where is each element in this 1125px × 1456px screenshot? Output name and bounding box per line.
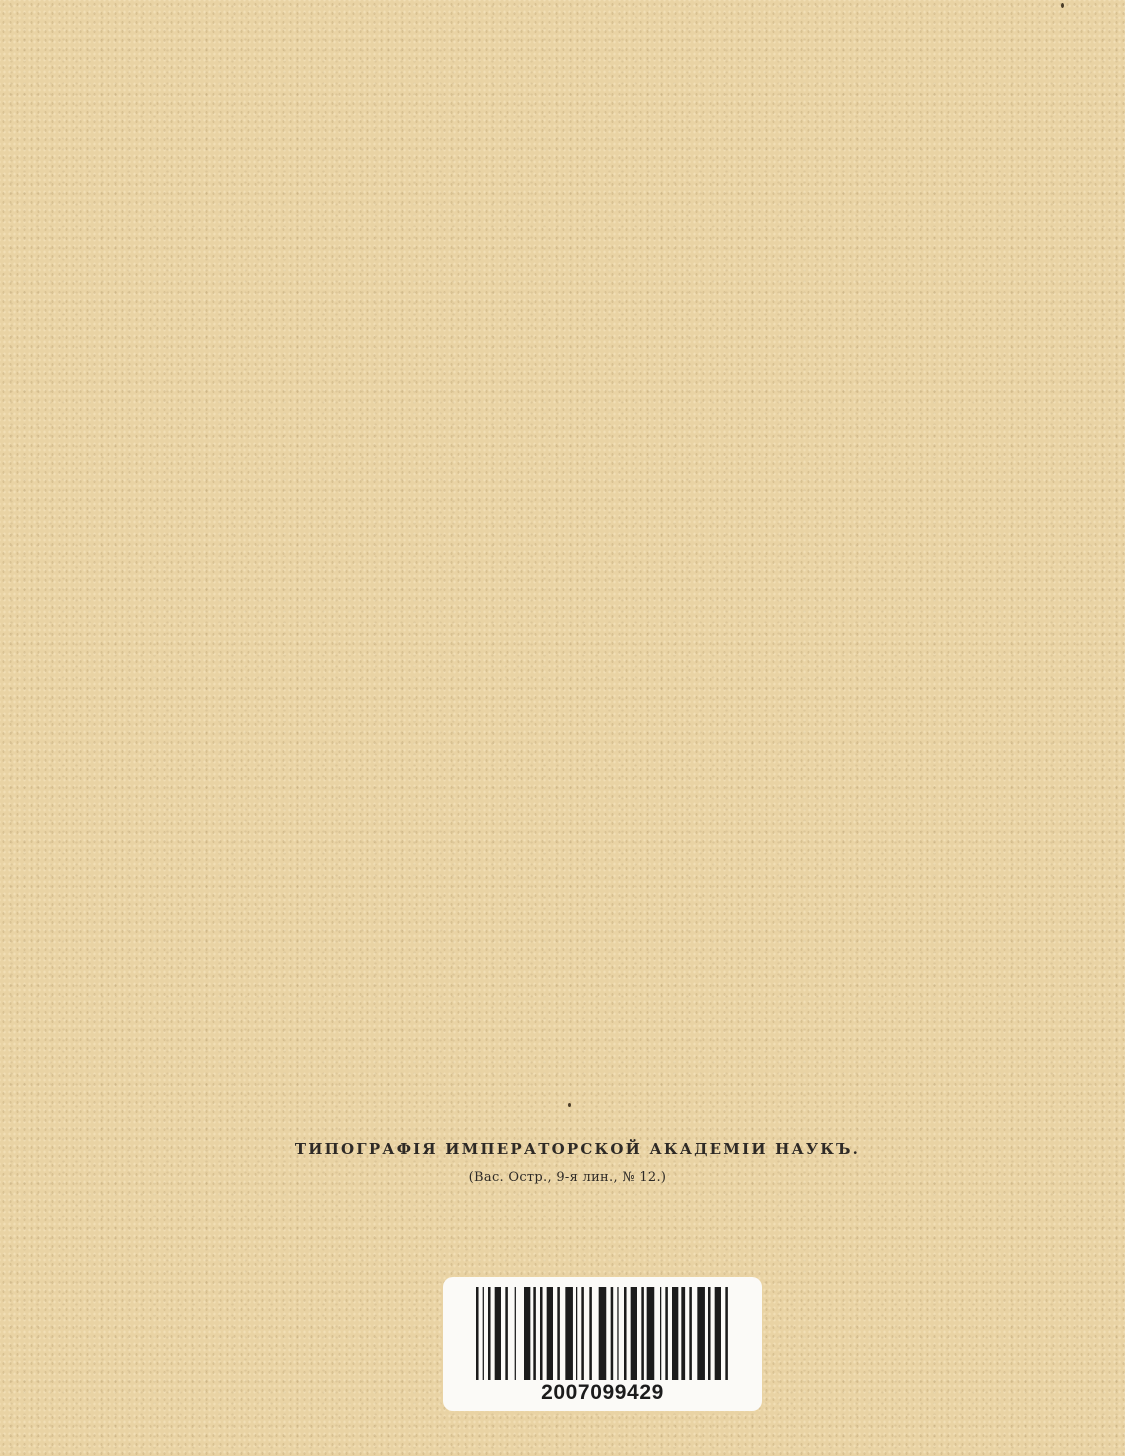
back-cover-page: ТИПОГРАФІЯ ИМПЕРАТОРСКОЙ АКАДЕМІИ НАУКЪ.… <box>0 0 1125 1456</box>
barcode-bars <box>476 1287 728 1380</box>
printer-imprint: ТИПОГРАФІЯ ИМПЕРАТОРСКОЙ АКАДЕМІИ НАУКЪ.… <box>0 1140 1125 1185</box>
paper-speck <box>1061 3 1064 8</box>
paper-speck <box>568 1103 571 1107</box>
printer-address: (Вас. Остр., 9-я лин., № 12.) <box>10 1170 1125 1185</box>
library-barcode-label: 2007099429 <box>443 1277 762 1411</box>
barcode-number: 2007099429 <box>443 1381 762 1405</box>
printer-name: ТИПОГРАФІЯ ИМПЕРАТОРСКОЙ АКАДЕМІИ НАУКЪ. <box>30 1140 1125 1158</box>
